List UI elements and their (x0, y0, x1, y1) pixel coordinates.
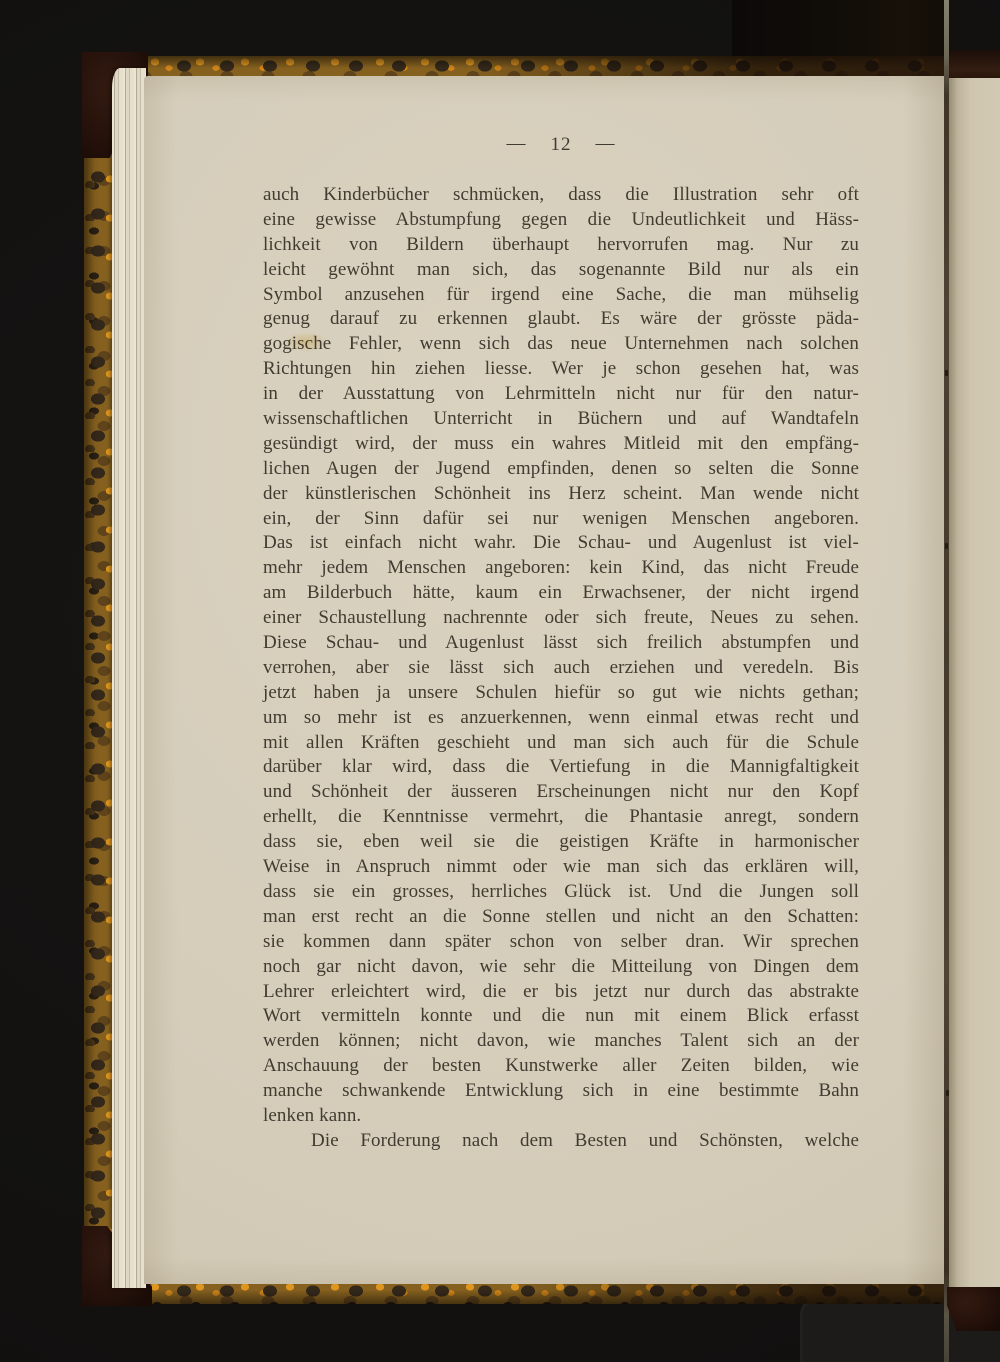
book-scan-spread: —12— auch Kinderbücher schmücken, dass d… (0, 0, 1000, 1362)
text-line: mit allen Kräften geschieht und man sich… (263, 731, 859, 756)
text-line: man erst recht an die Sonne stellen und … (263, 905, 859, 930)
text-line: erhellt, die Kenntnisse vermehrt, die Ph… (263, 805, 859, 830)
text-line: darüber klar wird, dass die Vertiefung i… (263, 755, 859, 780)
text-line: lenken kann. (263, 1104, 859, 1129)
text-line: Richtungen hin ziehen liesse. Wer je sch… (263, 357, 859, 382)
page-number-header: —12— (263, 134, 859, 160)
gutter-speck (946, 1090, 949, 1096)
text-line: noch gar nicht davon, wie sehr die Mitte… (263, 955, 859, 980)
text-line: jetzt haben ja unsere Schulen hiefür so … (263, 681, 859, 706)
facing-page-sliver (949, 78, 1000, 1292)
text-line: Diese Schau- und Augenlust lässt sich fr… (263, 631, 859, 656)
text-line: Weise in Anspruch nimmt oder wie man sic… (263, 855, 859, 880)
text-line: sie kommen dann später schon von selber … (263, 930, 859, 955)
text-line: Lehrer erleichtert wird, die er bis jetz… (263, 980, 859, 1005)
text-line: Anschauung der besten Kunstwerke aller Z… (263, 1054, 859, 1079)
book-cover-top-edge (84, 56, 946, 78)
text-line: Wort vermitteln konnte und die nun mit e… (263, 1004, 859, 1029)
text-line: manche schwankende Entwicklung sich in e… (263, 1079, 859, 1104)
header-dash-right: — (596, 133, 616, 154)
leather-corner-bottom-right (947, 1287, 1000, 1331)
text-line: lichkeit von Bildern überhaupt hervorruf… (263, 233, 859, 258)
text-line: ein, der Sinn dafür sei nur wenigen Mens… (263, 507, 859, 532)
text-line: mehr jedem Menschen angeboren: kein Kind… (263, 556, 859, 581)
text-line: der künstlerischen Schönheit ins Herz sc… (263, 482, 859, 507)
text-line: eine gewisse Abstumpfung gegen die Undeu… (263, 208, 859, 233)
page-text-block: auch Kinderbücher schmücken, dass die Il… (263, 183, 859, 1154)
header-dash-left: — (507, 133, 527, 154)
text-line: auch Kinderbücher schmücken, dass die Il… (263, 183, 859, 208)
text-line: werden können; nicht davon, wie manches … (263, 1029, 859, 1054)
text-line: gesündigt wird, der muss ein wahres Mitl… (263, 432, 859, 457)
text-line: und Schönheit der äusseren Erscheinungen… (263, 780, 859, 805)
page-number: 12 (551, 134, 572, 155)
text-line: leicht gewöhnt man sich, das sogenannte … (263, 258, 859, 283)
text-line: Die Forderung nach dem Besten und Schöns… (263, 1129, 859, 1154)
page-edges-stack (112, 68, 146, 1288)
facing-cover-edge-top-right (949, 50, 1000, 78)
text-line: gogische Fehler, wenn sich das neue Unte… (263, 332, 859, 357)
scanner-shadow-band (732, 0, 946, 62)
book-cover-bottom-edge (84, 1281, 946, 1304)
text-line: dass sie, eben weil sie die geistigen Kr… (263, 830, 859, 855)
text-line: am Bilderbuch hätte, kaum ein Erwachsene… (263, 581, 859, 606)
text-line: dass sie ein grosses, herrliches Glück i… (263, 880, 859, 905)
text-line: um so mehr ist es anzuerkennen, wenn ein… (263, 706, 859, 731)
text-line: einer Schaustellung nachrennte oder sich… (263, 606, 859, 631)
gutter-speck (945, 543, 948, 549)
gutter-speck (945, 370, 948, 376)
text-line: in der Ausstattung von Lehrmitteln nicht… (263, 382, 859, 407)
text-line: genug darauf zu erkennen glaubt. Es wäre… (263, 307, 859, 332)
text-line: Das ist einfach nicht wahr. Die Schau- u… (263, 531, 859, 556)
text-line: wissenschaftlichen Unterricht in Büchern… (263, 407, 859, 432)
text-line: Symbol anzusehen für irgend eine Sache, … (263, 283, 859, 308)
text-line: verrohen, aber sie lässt sich auch erzie… (263, 656, 859, 681)
text-line: lichen Augen der Jugend empfinden, denen… (263, 457, 859, 482)
